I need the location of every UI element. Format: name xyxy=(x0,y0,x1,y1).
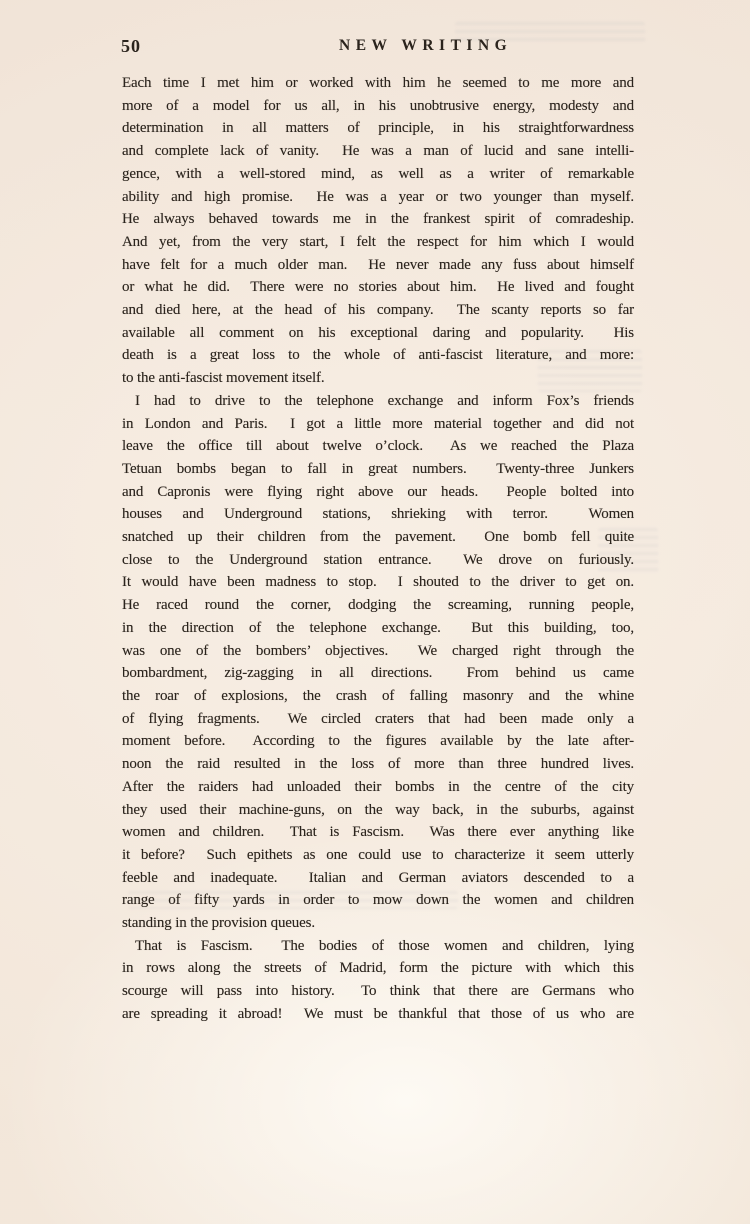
text-line: women and children. That is Fascism. Was… xyxy=(122,821,634,844)
text-line: After the raiders had unloaded their bom… xyxy=(122,776,634,799)
text-line: He always behaved towards me in the fran… xyxy=(122,208,634,231)
text-line: in rows along the streets of Madrid, for… xyxy=(122,957,634,980)
text-line: And yet, from the very start, I felt the… xyxy=(122,231,634,254)
text-line: noon the raid resulted in the loss of mo… xyxy=(122,753,634,776)
text-line: they used their machine-guns, on the way… xyxy=(122,799,634,822)
text-line: houses and Underground stations, shrieki… xyxy=(122,503,634,526)
text-line: He raced round the corner, dodging the s… xyxy=(122,594,634,617)
text-line: and died here, at the head of his compan… xyxy=(122,299,634,322)
text-line: scourge will pass into history. To think… xyxy=(122,980,634,1003)
text-line: of flying fragments. We circled craters … xyxy=(122,708,634,731)
text-line: more of a model for us all, in his unobt… xyxy=(122,95,634,118)
text-line: close to the Underground station entranc… xyxy=(122,549,634,572)
text-line: in the direction of the telephone exchan… xyxy=(122,617,634,640)
text-line: ability and high promise. He was a year … xyxy=(122,186,634,209)
paragraph: That is Fascism. The bodies of those wom… xyxy=(122,935,634,1026)
text-line: are spreading it abroad! We must be than… xyxy=(122,1003,634,1026)
text-line: gence, with a well-stored mind, as well … xyxy=(122,163,634,186)
text-line: snatched up their children from the pave… xyxy=(122,526,634,549)
text-line: It would have been madness to stop. I sh… xyxy=(122,571,634,594)
text-line: feeble and inadequate. Italian and Germa… xyxy=(122,867,634,890)
text-line: bombardment, zig-zagging in all directio… xyxy=(122,662,634,685)
page-number: 50 xyxy=(121,36,141,57)
paragraph: I had to drive to the telephone exchange… xyxy=(122,390,634,935)
text-line: moment before. According to the figures … xyxy=(122,730,634,753)
text-line: and Capronis were flying right above our… xyxy=(122,481,634,504)
paragraph: Each time I met him or worked with him h… xyxy=(122,72,634,390)
text-line: to the anti-fascist movement itself. xyxy=(122,367,634,390)
text-line: Each time I met him or worked with him h… xyxy=(122,72,634,95)
page-scan: 50 NEW WRITING Each time I met him or wo… xyxy=(0,0,750,1224)
text-line: standing in the provision queues. xyxy=(122,912,634,935)
running-head-title: NEW WRITING xyxy=(339,37,512,55)
text-line: in London and Paris. I got a little more… xyxy=(122,413,634,436)
text-line: the roar of explosions, the crash of fal… xyxy=(122,685,634,708)
text-block: Each time I met him or worked with him h… xyxy=(122,72,634,1026)
text-line: have felt for a much older man. He never… xyxy=(122,254,634,277)
text-line: and complete lack of vanity. He was a ma… xyxy=(122,140,634,163)
text-line: death is a great loss to the whole of an… xyxy=(122,344,634,367)
text-line: range of fifty yards in order to mow dow… xyxy=(122,889,634,912)
text-line: leave the office till about twelve o’clo… xyxy=(122,435,634,458)
text-line: it before? Such epithets as one could us… xyxy=(122,844,634,867)
text-line: Tetuan bombs began to fall in great numb… xyxy=(122,458,634,481)
text-line: determination in all matters of principl… xyxy=(122,117,634,140)
text-line: was one of the bombers’ objectives. We c… xyxy=(122,640,634,663)
text-line: I had to drive to the telephone exchange… xyxy=(122,390,634,413)
text-line: That is Fascism. The bodies of those wom… xyxy=(122,935,634,958)
text-line: or what he did. There were no stories ab… xyxy=(122,276,634,299)
text-line: available all comment on his exceptional… xyxy=(122,322,634,345)
